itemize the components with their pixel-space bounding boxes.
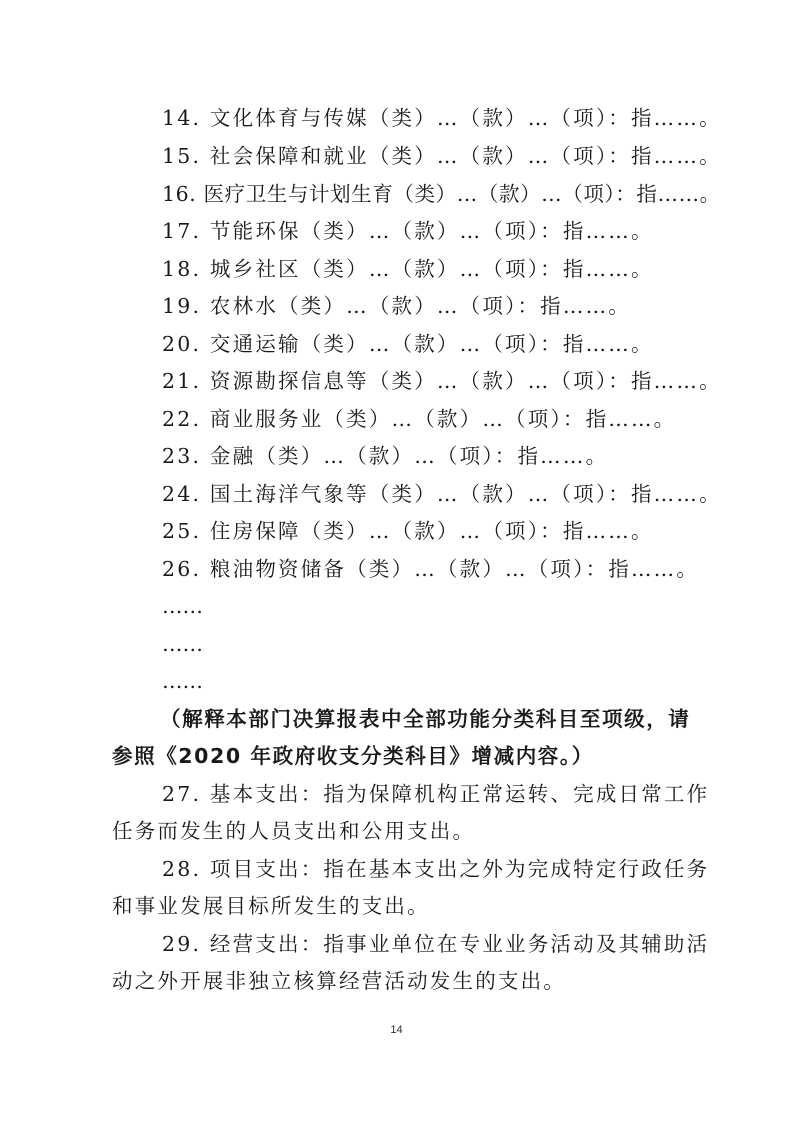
ellipsis-3: ……: [162, 667, 203, 695]
definition-28-line-1: 28. 项目支出：指在基本支出之外为完成特定行政任务: [162, 855, 709, 883]
item-17: 17. 节能环保（类）…（款）…（项）：指……。: [162, 217, 654, 245]
definition-28-line-2: 和事业发展目标所发生的支出。: [112, 892, 430, 920]
item-19: 19. 农林水（类）…（款）…（项）：指……。: [162, 292, 631, 320]
item-25: 25. 住房保障（类）…（款）…（项）：指……。: [162, 517, 654, 545]
item-23: 23. 金融（类）…（款）…（项）：指……。: [162, 442, 608, 470]
definition-29-line-1: 29. 经营支出：指事业单位在专业业务活动及其辅助活: [162, 930, 709, 958]
item-21: 21. 资源勘探信息等（类）…（款）…（项）：指……。: [162, 367, 722, 395]
ellipsis-1: ……: [162, 592, 203, 620]
note-line-2: 参照《2020 年政府收支分类科目》增减内容。）: [112, 742, 594, 770]
note-line-1: （解释本部门决算报表中全部功能分类科目至项级，请: [160, 705, 690, 733]
item-16: 16. 医疗卫生与计划生育（类）…（款）…（项）：指……。: [162, 180, 721, 208]
item-22: 22. 商业服务业（类）…（款）…（项）：指……。: [162, 405, 676, 433]
ellipsis-2: ……: [162, 630, 203, 658]
item-24: 24. 国土海洋气象等（类）…（款）…（项）：指……。: [162, 480, 722, 508]
item-26: 26. 粮油物资储备（类）…（款）…（项）：指……。: [162, 555, 699, 583]
item-15: 15. 社会保障和就业（类）…（款）…（项）：指……。: [162, 142, 722, 170]
definition-27-line-2: 任务而发生的人员支出和公用支出。: [112, 817, 475, 845]
definition-29-line-2: 动之外开展非独立核算经营活动发生的支出。: [112, 967, 566, 995]
item-20: 20. 交通运输（类）…（款）…（项）：指……。: [162, 330, 654, 358]
page-number: 14: [0, 1024, 793, 1036]
item-14: 14. 文化体育与传媒（类）…（款）…（项）：指……。: [162, 104, 722, 132]
item-18: 18. 城乡社区（类）…（款）…（项）：指……。: [162, 255, 654, 283]
definition-27-line-1: 27. 基本支出：指为保障机构正常运转、完成日常工作: [162, 780, 709, 808]
document-page: 14. 文化体育与传媒（类）…（款）…（项）：指……。 15. 社会保障和就业（…: [0, 0, 793, 1122]
